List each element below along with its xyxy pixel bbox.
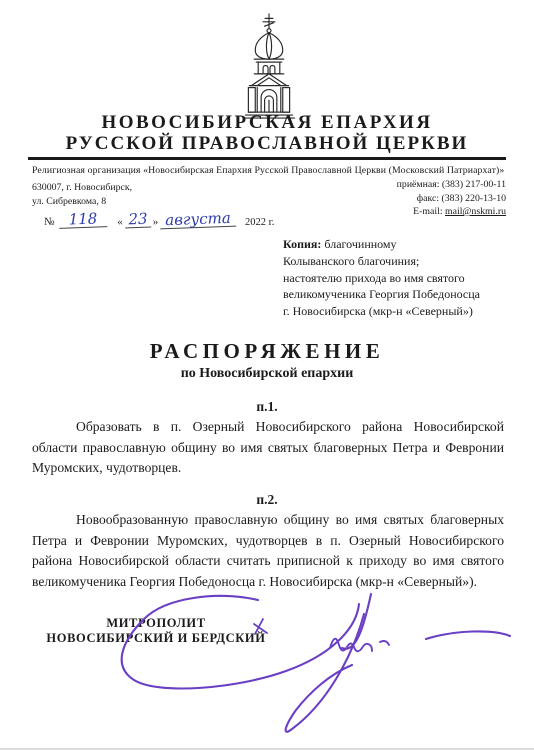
document-page: НОВОСИБИРСКАЯ ЕПАРХИЯ РУССКОЙ ПРАВОСЛАВН… bbox=[0, 0, 534, 750]
addressee-line1: Копия: благочинному bbox=[283, 236, 503, 253]
postal-address: 630007, г. Новосибирск, ул. Сибревкома, … bbox=[32, 181, 132, 209]
organization-line: Религиозная организация «Новосибирская Е… bbox=[32, 165, 504, 176]
address-line2: ул. Сибревкома, 8 bbox=[32, 195, 132, 209]
number-date-line: №118 «23»августа 2022 г. bbox=[44, 212, 274, 228]
addressee-block: Копия: благочинному Колыванского благочи… bbox=[283, 236, 503, 320]
addressee-line1-text: благочинному bbox=[321, 237, 396, 251]
addressee-line5: г. Новосибирска (мкр-н «Северный») bbox=[283, 303, 503, 320]
letterhead-title-line2: РУССКОЙ ПРАВОСЛАВНОЙ ЦЕРКВИ bbox=[0, 133, 534, 154]
fax-number: факс: (383) 220-13-10 bbox=[397, 192, 506, 206]
item1-text: Образовать в п. Озерный Новосибирского р… bbox=[32, 417, 504, 479]
address-line1: 630007, г. Новосибирск, bbox=[32, 181, 132, 195]
addressee-line3: настоятелю прихода во имя святого bbox=[283, 270, 503, 287]
month-handwritten: августа bbox=[160, 211, 237, 230]
item2-text: Новообразованную православную общину во … bbox=[32, 510, 504, 592]
email-link[interactable]: mail@nskmi.ru bbox=[445, 206, 506, 217]
chapel-icon bbox=[224, 12, 314, 120]
copy-label: Копия: bbox=[283, 237, 321, 251]
document-subtitle: по Новосибирской епархии bbox=[0, 366, 534, 382]
reception-phone: приёмная: (383) 217-00-11 bbox=[397, 178, 506, 192]
quote-open: « bbox=[117, 216, 123, 228]
day-handwritten: 23 bbox=[124, 212, 151, 229]
email-label: E-mail: bbox=[413, 206, 445, 217]
letterhead-title-line1: НОВОСИБИРСКАЯ ЕПАРХИЯ bbox=[0, 112, 534, 133]
contact-block: приёмная: (383) 217-00-11 факс: (383) 22… bbox=[397, 178, 506, 219]
item1-heading: п.1. bbox=[0, 399, 534, 415]
year-label: 2022 г. bbox=[245, 217, 274, 228]
metropolitan-signature-icon bbox=[106, 586, 518, 746]
letterhead-title: НОВОСИБИРСКАЯ ЕПАРХИЯ РУССКОЙ ПРАВОСЛАВН… bbox=[0, 112, 534, 154]
item2-heading: п.2. bbox=[0, 492, 534, 508]
addressee-line4: великомученика Георгия Победоносца bbox=[283, 286, 503, 303]
quote-close: » bbox=[153, 216, 159, 228]
document-title: РАСПОРЯЖЕНИЕ bbox=[0, 339, 534, 364]
addressee-line2: Колыванского благочиния; bbox=[283, 253, 503, 270]
email-line: E-mail: mail@nskmi.ru bbox=[397, 205, 506, 219]
number-sign: № bbox=[44, 216, 55, 228]
document-number-handwritten: 118 bbox=[58, 211, 107, 229]
header-divider bbox=[28, 157, 506, 160]
